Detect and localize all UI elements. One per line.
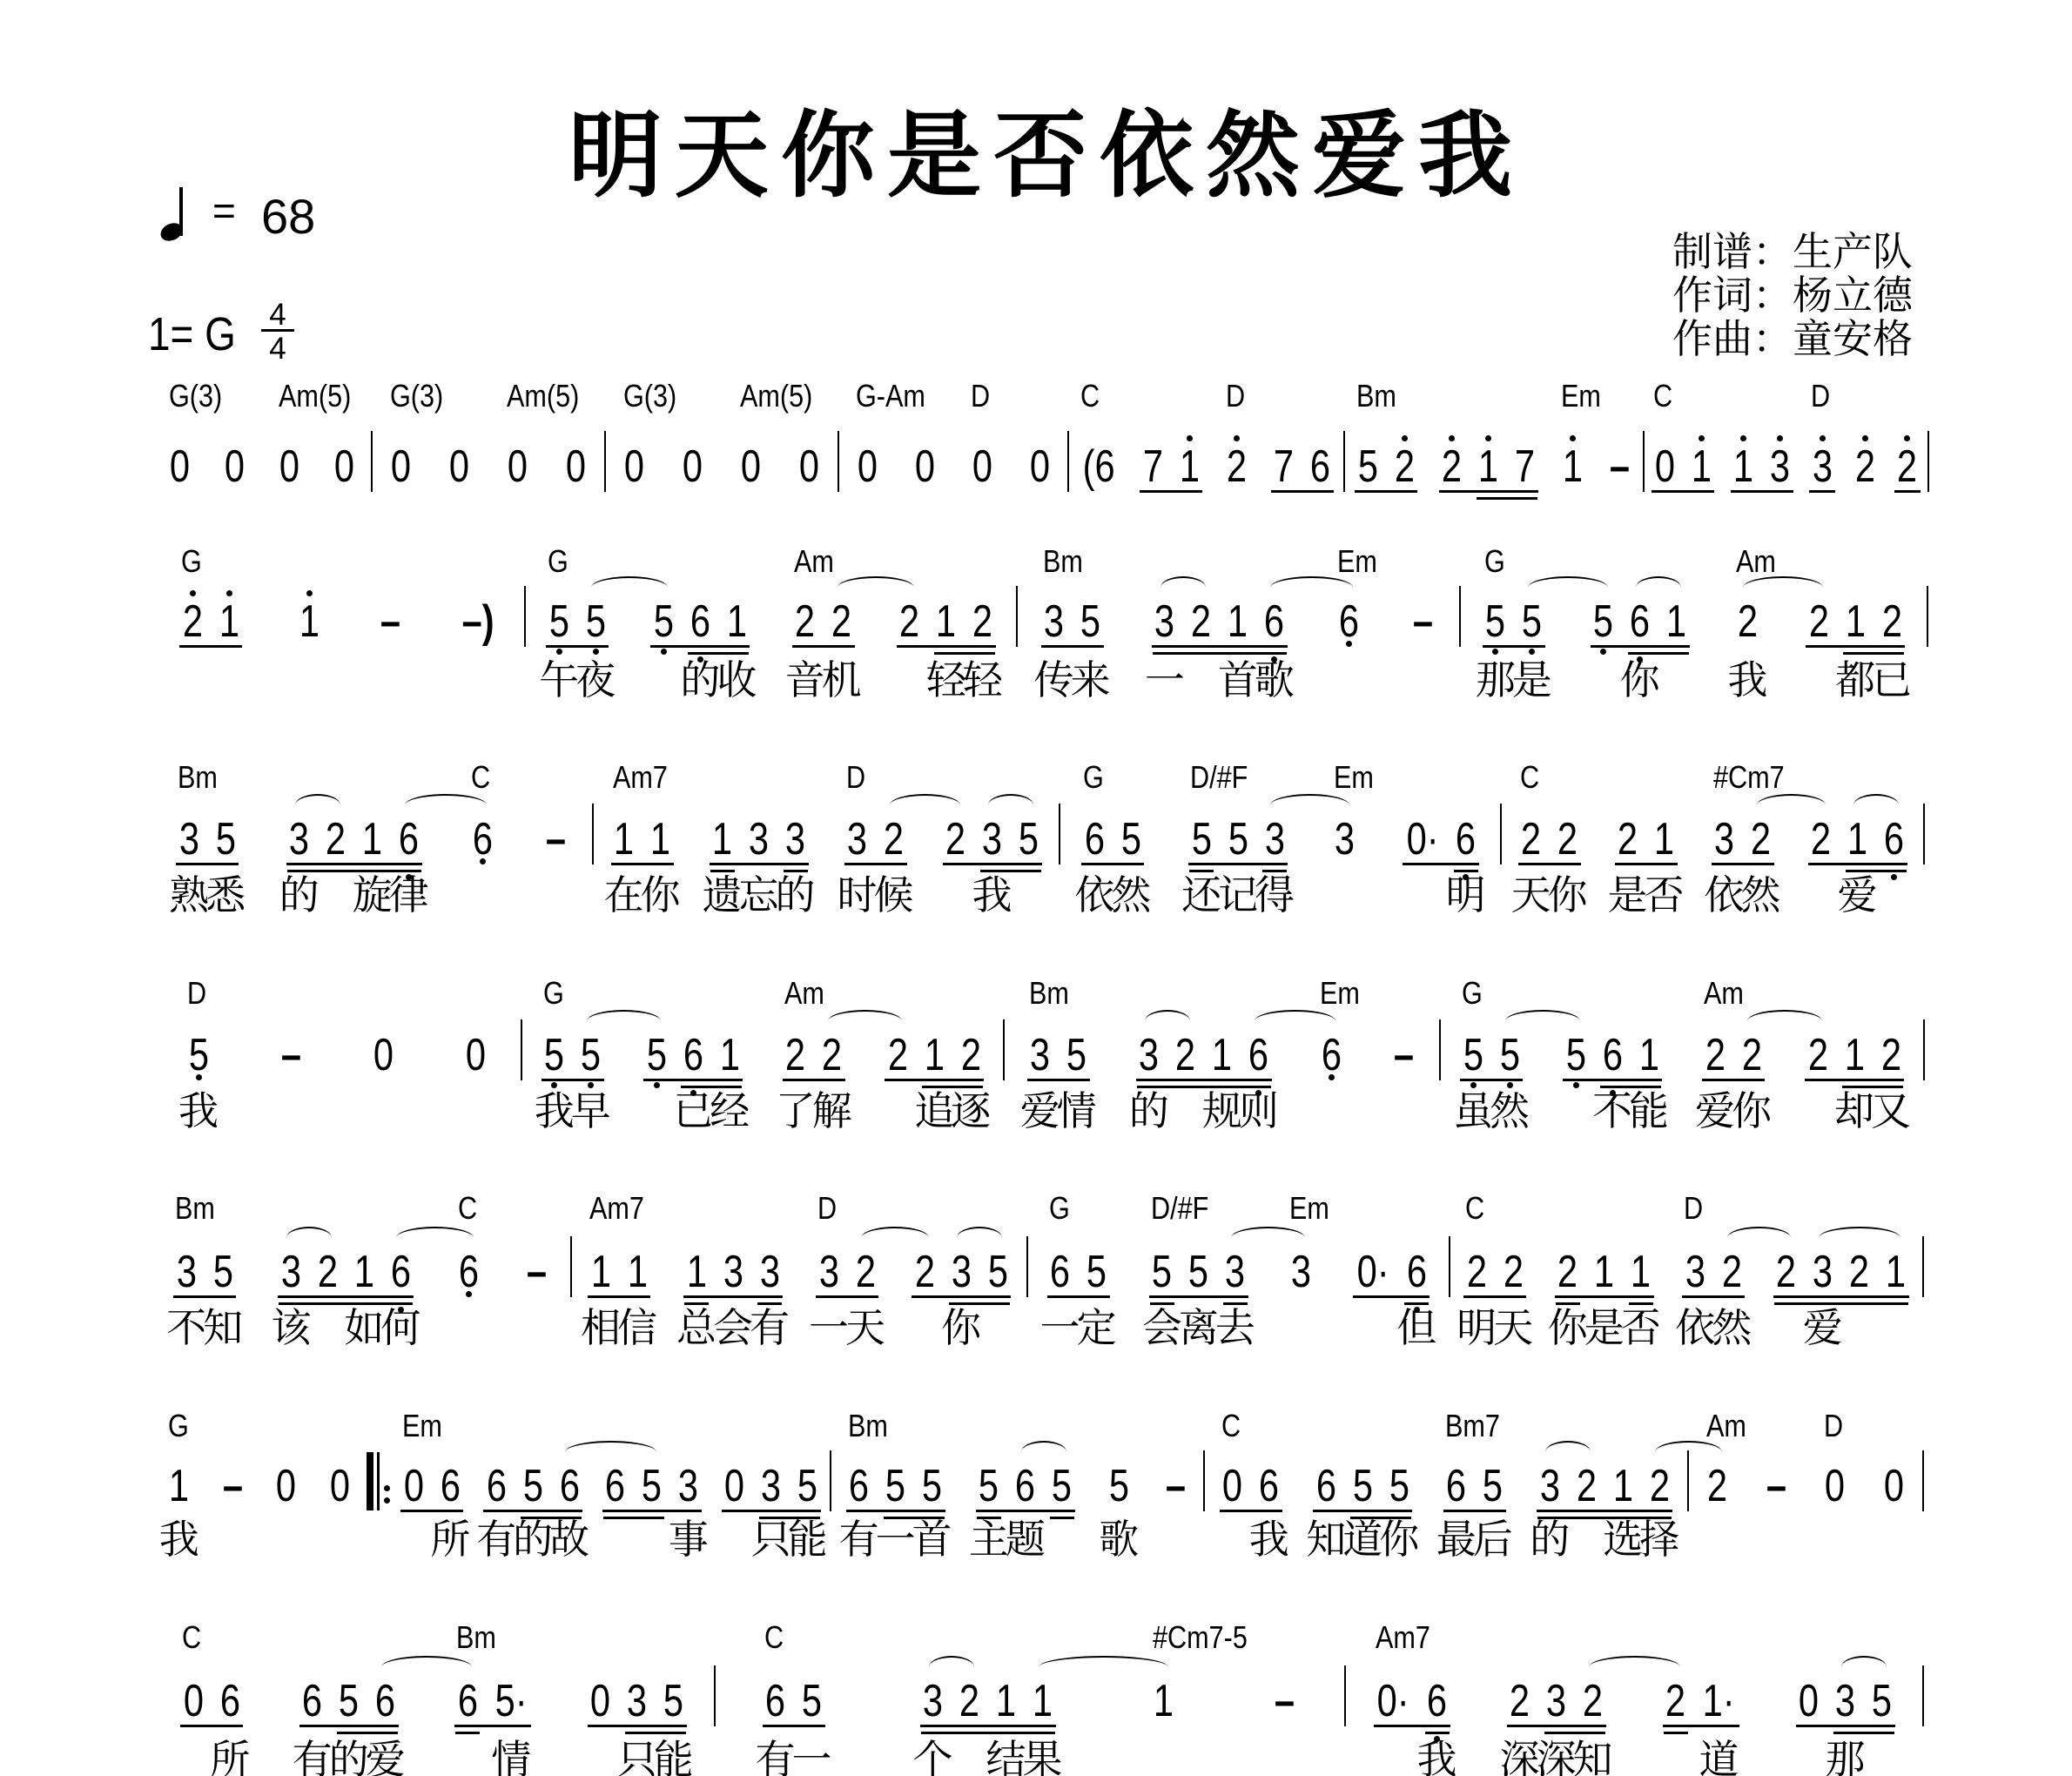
beam-line xyxy=(1027,1079,1059,1081)
note-text: 1 xyxy=(219,599,239,644)
chord-label: D xyxy=(1811,380,1830,412)
beam-line xyxy=(1878,1302,1908,1305)
note-text: 3 xyxy=(281,1249,301,1295)
lyric-char: 后 xyxy=(1467,1519,1519,1559)
lyric-char: 我 xyxy=(1243,1519,1295,1559)
beam-line xyxy=(1398,1295,1430,1298)
beam-line xyxy=(454,1725,486,1727)
note: 3D一 xyxy=(811,1249,847,1295)
note: 2 xyxy=(1889,444,1926,489)
note-text: 5 xyxy=(586,599,606,644)
note: 2 xyxy=(1658,1678,1694,1724)
beam-line xyxy=(1220,1510,1251,1512)
beam-line xyxy=(1386,490,1417,493)
chord-label: Am(5) xyxy=(507,380,579,412)
note-text: 2 xyxy=(945,817,965,862)
note: 1规 xyxy=(1204,1033,1241,1078)
beam-line xyxy=(846,1510,878,1512)
note: 5主 xyxy=(971,1463,1007,1509)
note-text: 5 xyxy=(1565,1033,1585,1078)
note: 1 xyxy=(1878,1249,1914,1295)
note-text: 1 xyxy=(1846,599,1866,644)
note: 6Em xyxy=(1313,1033,1349,1078)
chord-label: G(3) xyxy=(623,380,676,412)
tie-arc xyxy=(1747,1010,1822,1021)
beam-line xyxy=(588,1725,619,1727)
note: 7 xyxy=(1507,444,1544,489)
note-text: 6 xyxy=(1322,1033,1342,1078)
note: 5 xyxy=(638,1033,675,1078)
note: 3只 xyxy=(619,1678,656,1724)
measure: 0·Am76我2深3深2知21·道03那5 xyxy=(1345,1678,1923,1724)
note-text: – xyxy=(1275,1678,1295,1724)
measure: 6C有5一3个21结1果1#Cm7-5– xyxy=(715,1678,1345,1724)
beam-line xyxy=(483,1510,515,1512)
note-text: 6 xyxy=(220,1678,240,1724)
note: 1爱 xyxy=(1840,817,1876,862)
note: 1 xyxy=(211,599,247,644)
measure: 2C明2天2你1是1否3D依2然23爱21 xyxy=(1450,1249,1923,1295)
note: 5一 xyxy=(794,1678,831,1724)
note-text: (6 xyxy=(1083,444,1115,489)
beam-line xyxy=(1774,1302,1805,1305)
beam-line xyxy=(1425,1732,1450,1734)
beam-group: 2G1 xyxy=(174,599,247,644)
note-text: 2 xyxy=(1191,599,1211,644)
beam-line xyxy=(816,1295,847,1298)
rest: 0G(3) xyxy=(162,444,198,489)
measure: 0C6我6知5道5你6Bm7最5后3的21选2择 xyxy=(1204,1463,1688,1509)
measure: 5G虽5然56不1能2Am爱2你21却2又 xyxy=(1440,1033,1924,1078)
note-text: 1 xyxy=(936,599,956,644)
note: 3只 xyxy=(753,1463,790,1509)
beam-line xyxy=(688,652,718,655)
lyric-char: 我 xyxy=(172,1091,225,1131)
beam-line xyxy=(337,1732,367,1734)
note: 3D依 xyxy=(1677,1249,1713,1295)
note: 5定 xyxy=(1079,1249,1115,1295)
lyric-char: 轻 xyxy=(957,660,1009,700)
rest: 0 xyxy=(675,444,711,489)
rest: 0D xyxy=(1817,1463,1853,1509)
note-text: 6 xyxy=(1884,817,1904,862)
note-text: 2 xyxy=(1741,1033,1761,1078)
beam-line xyxy=(1073,645,1104,648)
lyric-char: 何 xyxy=(374,1308,427,1348)
sustain-dash: – xyxy=(1267,1678,1303,1724)
note-text: 2 xyxy=(1504,1249,1524,1295)
note-text: 6 xyxy=(302,1678,322,1724)
beam-line xyxy=(551,1510,582,1512)
note: 1经 xyxy=(711,1033,748,1078)
rest: 0·Am7 xyxy=(1369,1678,1419,1724)
beam-line xyxy=(920,1725,952,1727)
note: 6所 xyxy=(212,1678,248,1724)
note-text: – xyxy=(527,1249,547,1295)
beam-line xyxy=(1167,1086,1204,1088)
beam-group: 5G虽5然 xyxy=(1455,1033,1528,1078)
note: 5 xyxy=(1864,1678,1900,1724)
lyric-char: 的 xyxy=(1524,1519,1576,1559)
note-text: 1 xyxy=(627,1249,647,1295)
note-text: 2 xyxy=(1650,1463,1670,1509)
chord-label: Am xyxy=(784,978,824,1009)
beam-line xyxy=(1773,1295,1805,1298)
lyric-char: 歌 xyxy=(1093,1519,1145,1559)
beam-line xyxy=(611,863,642,865)
rest: 0C xyxy=(1646,444,1683,489)
rest: 0· xyxy=(1348,1249,1398,1295)
beam-line xyxy=(1271,490,1302,493)
chord-label: G-Am xyxy=(856,380,925,412)
note: 3D时 xyxy=(839,817,876,862)
note-text: 5 xyxy=(339,1678,359,1724)
note: 1·道 xyxy=(1694,1678,1745,1724)
note-text: 5 xyxy=(523,1463,543,1509)
beam-group: 5主6题5 xyxy=(971,1463,1080,1509)
note-text: 5 xyxy=(188,1033,208,1078)
note: 1Am7相 xyxy=(582,1249,619,1295)
note: 6Em xyxy=(1330,599,1367,644)
beam-line xyxy=(1256,863,1288,865)
note-text: 1 xyxy=(1228,599,1248,644)
lyric-char: 我 xyxy=(153,1519,205,1559)
tie-arc xyxy=(286,1227,332,1238)
note-text: 1 xyxy=(1613,1463,1633,1509)
beam-line xyxy=(965,652,995,655)
tie-arc xyxy=(988,794,1033,805)
note-text: 1 xyxy=(354,1249,374,1295)
note-text: 1 xyxy=(590,1249,610,1295)
beam-line xyxy=(1806,645,1837,648)
beam-line xyxy=(1702,1079,1733,1081)
note-text: 3 xyxy=(179,817,199,862)
note-text: 1 xyxy=(996,1678,1016,1724)
rest: 0 xyxy=(268,1463,305,1509)
note: 2D xyxy=(1219,444,1255,489)
beam-line xyxy=(1833,1732,1864,1734)
beam-group: 1Em xyxy=(1554,444,1591,489)
note-text: 3 xyxy=(1335,817,1355,862)
lyric-char: 候 xyxy=(868,875,920,915)
note: 5 xyxy=(1557,1033,1594,1078)
note: 2Am xyxy=(1699,1463,1736,1509)
note: 2择 xyxy=(1641,1463,1678,1509)
beam-line xyxy=(286,863,318,865)
beam-line xyxy=(180,1725,212,1727)
tie-arc xyxy=(1589,1656,1680,1667)
lyric-char: 来 xyxy=(1065,660,1117,700)
beam-line xyxy=(1220,645,1256,648)
beam-line xyxy=(916,1079,952,1081)
beam-group: 2Am我 xyxy=(1729,599,1766,644)
beam-line xyxy=(1475,1510,1506,1512)
chord-label: G xyxy=(168,1410,189,1442)
beam-group: 56你1 xyxy=(1585,599,1695,644)
note: 5能 xyxy=(656,1678,692,1724)
note-text: 2 xyxy=(326,817,346,862)
beam-line xyxy=(952,1079,984,1081)
beam-line xyxy=(1152,645,1183,648)
note: 1旋 xyxy=(354,817,391,862)
tie-arc xyxy=(828,1010,903,1021)
note-text: 0 xyxy=(624,444,644,489)
note: 3Bm不 xyxy=(168,1249,205,1295)
beam-line xyxy=(400,1510,432,1512)
repeat-thin-bar xyxy=(377,1452,380,1510)
beam-group: 0 xyxy=(1875,1463,1912,1509)
beam-line xyxy=(1622,645,1658,648)
note: 1遗 xyxy=(704,817,741,862)
note: 1追 xyxy=(916,1033,952,1078)
note-text: 2 xyxy=(1577,1463,1597,1509)
note-text: – xyxy=(280,1033,300,1078)
note: 2然 xyxy=(1743,817,1779,862)
chord-label: Em xyxy=(1320,978,1360,1009)
note-text: 2 xyxy=(1583,1678,1603,1724)
note-text: 6 xyxy=(487,1463,507,1509)
beam-line xyxy=(1841,1302,1878,1305)
note-text: 2 xyxy=(1809,599,1829,644)
beam-group: 6有5的6爱 xyxy=(294,1678,404,1724)
beam-group: 0C6所 xyxy=(175,1678,248,1724)
lyric-char: 经 xyxy=(703,1091,756,1131)
beam-line xyxy=(1149,1295,1181,1298)
note-text: 0 xyxy=(566,444,586,489)
note: 6C xyxy=(451,1249,488,1295)
beam-line xyxy=(1171,490,1202,493)
beam-group: 0 xyxy=(268,1463,305,1509)
chord-label: C xyxy=(182,1622,201,1653)
note-text: 1 xyxy=(614,817,634,862)
beam-line xyxy=(1047,1295,1079,1298)
note-text: 0 xyxy=(449,444,469,489)
beam-group: 2Am了2解 xyxy=(777,1033,851,1078)
beam-group: 5D/#F还5记3得 xyxy=(1183,817,1293,862)
beam-line xyxy=(1113,863,1144,865)
beam-line xyxy=(1538,1725,1575,1727)
note: 2Am了 xyxy=(777,1033,814,1078)
beam-line xyxy=(965,645,996,648)
sustain-dash: – xyxy=(1157,1463,1194,1509)
lyric-char: 悉 xyxy=(199,875,252,915)
note-text: 2 xyxy=(855,1249,875,1295)
note: 2 xyxy=(1800,1033,1836,1078)
beam-line xyxy=(1827,1725,1864,1727)
note: 3得 xyxy=(1256,817,1293,862)
beam-group: 0 xyxy=(791,444,828,489)
note: 2 xyxy=(1434,444,1470,489)
note: 3的 xyxy=(777,817,814,862)
note: 5G那 xyxy=(1477,599,1514,644)
chord-label: D/#F xyxy=(1190,762,1248,793)
repeat-start-sign xyxy=(367,1452,391,1510)
note: 3有 xyxy=(751,1249,788,1295)
note: 1如 xyxy=(346,1249,382,1295)
lyric-char: 的 xyxy=(770,875,822,915)
beam-group: 653事 xyxy=(597,1463,707,1509)
note: 3该 xyxy=(272,1249,309,1295)
beam-group: 23我5 xyxy=(938,817,1047,862)
beam-group: 2深3深2知 xyxy=(1502,1678,1611,1724)
note-text: 0 xyxy=(330,1463,350,1509)
note: 2候 xyxy=(876,817,912,862)
beam-group: 6Bm7最5后 xyxy=(1438,1463,1511,1509)
note-text: 3 xyxy=(951,1249,971,1295)
note-text: 6 xyxy=(1446,1463,1466,1509)
beam-line xyxy=(711,1079,743,1081)
beam-line xyxy=(650,645,682,648)
beam-line xyxy=(1615,863,1646,865)
note: 1Em xyxy=(1554,444,1591,489)
note: 1选 xyxy=(1604,1463,1641,1509)
note-text: 1 xyxy=(1631,1249,1651,1295)
note-text: 6 xyxy=(473,817,493,862)
tie-arc xyxy=(1528,576,1608,588)
tie-arc xyxy=(1021,1441,1066,1452)
beam-group: 3Bm传5来 xyxy=(1036,599,1109,644)
beam-group: 6Bm5·情 xyxy=(449,1678,536,1724)
beam-group: 1Am7在1你 xyxy=(606,817,679,862)
beam-line xyxy=(814,1079,845,1081)
beam-line xyxy=(1864,1725,1895,1727)
note-text: 6 xyxy=(399,817,419,862)
note: 6所 xyxy=(432,1463,468,1509)
note-text: 3 xyxy=(723,1249,743,1295)
chord-label: Bm xyxy=(1029,978,1069,1009)
note-text: 3 xyxy=(1685,1249,1705,1295)
measure: 1Am7在1你1遗3忘3的3D时2候23我5 xyxy=(593,817,1060,862)
note-text: 6 xyxy=(1050,1249,1070,1295)
chord-label: Am(5) xyxy=(279,380,351,412)
note-text: 5 xyxy=(802,1678,822,1724)
note: 6我 xyxy=(1251,1463,1288,1509)
note-text: 3 xyxy=(627,1678,647,1724)
beam-line xyxy=(619,1295,650,1298)
beam-line xyxy=(1491,1079,1523,1081)
tie-arc xyxy=(1039,1656,1168,1667)
beam-line xyxy=(1153,652,1183,655)
chord-label: G xyxy=(181,546,202,577)
beam-line xyxy=(878,1510,914,1512)
beam-line xyxy=(1439,490,1470,493)
lyric-char: 你 xyxy=(635,875,687,915)
beam-group: 3个21结1果 xyxy=(915,1678,1061,1724)
note: 3的 xyxy=(281,817,318,862)
beam-line xyxy=(205,1295,236,1298)
beam-line xyxy=(1731,490,1762,493)
note: 5·情 xyxy=(486,1678,536,1724)
note-text: – xyxy=(1766,1463,1786,1509)
beam-line xyxy=(1575,1725,1606,1727)
beam-line xyxy=(643,1079,675,1081)
beam-group: 56不1能 xyxy=(1557,1033,1667,1078)
note-text: 2 xyxy=(1467,1249,1487,1295)
rest: 0 xyxy=(906,444,943,489)
beam-line xyxy=(718,645,750,648)
high-octave-dot xyxy=(1449,435,1455,441)
note-text: 5 xyxy=(549,599,569,644)
chord-label: Bm xyxy=(1043,546,1083,577)
lyric-char: 你 xyxy=(935,1308,987,1348)
beam-line xyxy=(1563,1079,1594,1081)
note-text: 5 xyxy=(1389,1463,1409,1509)
lyric-char: 你 xyxy=(1373,1519,1425,1559)
beam-line xyxy=(634,1510,670,1512)
rest: 0 xyxy=(716,1463,753,1509)
note: 2天 xyxy=(1495,1249,1531,1295)
beam-group: 5G我5早 xyxy=(536,1033,609,1078)
note: 1你 xyxy=(642,817,679,862)
beam-line xyxy=(1495,1295,1526,1298)
chord-label: G(3) xyxy=(390,380,443,412)
beam-line xyxy=(1079,1295,1110,1298)
beam-line xyxy=(1808,863,1840,865)
beam-group: 0Am(5) xyxy=(733,444,770,489)
note-text: – xyxy=(1610,444,1630,489)
note-text: 5 xyxy=(1152,1249,1172,1295)
note: 3#Cm7依 xyxy=(1706,817,1743,862)
high-octave-dot xyxy=(226,590,232,596)
rest: 0 xyxy=(365,1033,401,1078)
note: 5后 xyxy=(1475,1463,1511,1509)
beam-line xyxy=(1025,1732,1055,1734)
beam-group: 21·道 xyxy=(1658,1678,1745,1724)
beam-line xyxy=(1713,1295,1745,1298)
note-text: 5 xyxy=(797,1463,817,1509)
beam-group: 0 xyxy=(1021,444,1058,489)
beam-group: 1#Cm7-5 xyxy=(1146,1678,1182,1724)
note: 2 xyxy=(1768,1249,1805,1295)
note-text: 0· xyxy=(1377,1678,1409,1724)
measure: 6Bm有5一5首5主6题55歌– xyxy=(831,1463,1204,1509)
lyric-char: 的 xyxy=(1123,1091,1175,1131)
note-text: 5 xyxy=(979,1463,999,1509)
note: 1结 xyxy=(988,1678,1025,1724)
note-text: 6 xyxy=(1259,1463,1279,1509)
beam-group: 1总3会3有 xyxy=(678,1249,788,1295)
note-text: 5 xyxy=(1109,1463,1129,1509)
note: 1信 xyxy=(619,1249,656,1295)
note-text: 2 xyxy=(1751,817,1771,862)
chord-label: Em xyxy=(1334,762,1374,793)
chord-label: G(3) xyxy=(169,380,222,412)
note: 3爱 xyxy=(1805,1249,1841,1295)
beam-line xyxy=(1025,1725,1056,1727)
note-text: 5 xyxy=(1052,1463,1072,1509)
note: 6但 xyxy=(1398,1249,1435,1295)
beam-group: 71 xyxy=(1134,444,1208,489)
low-octave-dot xyxy=(1600,649,1606,655)
note-text: 2 xyxy=(1882,599,1902,644)
high-octave-dot xyxy=(1234,435,1240,441)
lyric-char: 一 xyxy=(786,1739,838,1776)
beam-line xyxy=(1136,1079,1167,1081)
beam-group: 2Am xyxy=(1699,1463,1736,1509)
rest: 0 xyxy=(321,1463,358,1509)
sustain-dash: –) xyxy=(453,599,503,644)
note-text: 0 xyxy=(276,1463,296,1509)
note: 2 xyxy=(1841,1249,1878,1295)
barline xyxy=(1927,431,1929,492)
measure: 6G一5定5D/#F会5离3去3Em0·6但 xyxy=(1027,1249,1450,1295)
note-text: 1 xyxy=(1666,599,1686,644)
note-text: 6 xyxy=(375,1678,395,1724)
rest: 0G(3) xyxy=(616,444,653,489)
note-text: 2 xyxy=(1557,1249,1578,1295)
beam-line xyxy=(299,1725,331,1727)
lyric-char: 又 xyxy=(1865,1091,1917,1131)
